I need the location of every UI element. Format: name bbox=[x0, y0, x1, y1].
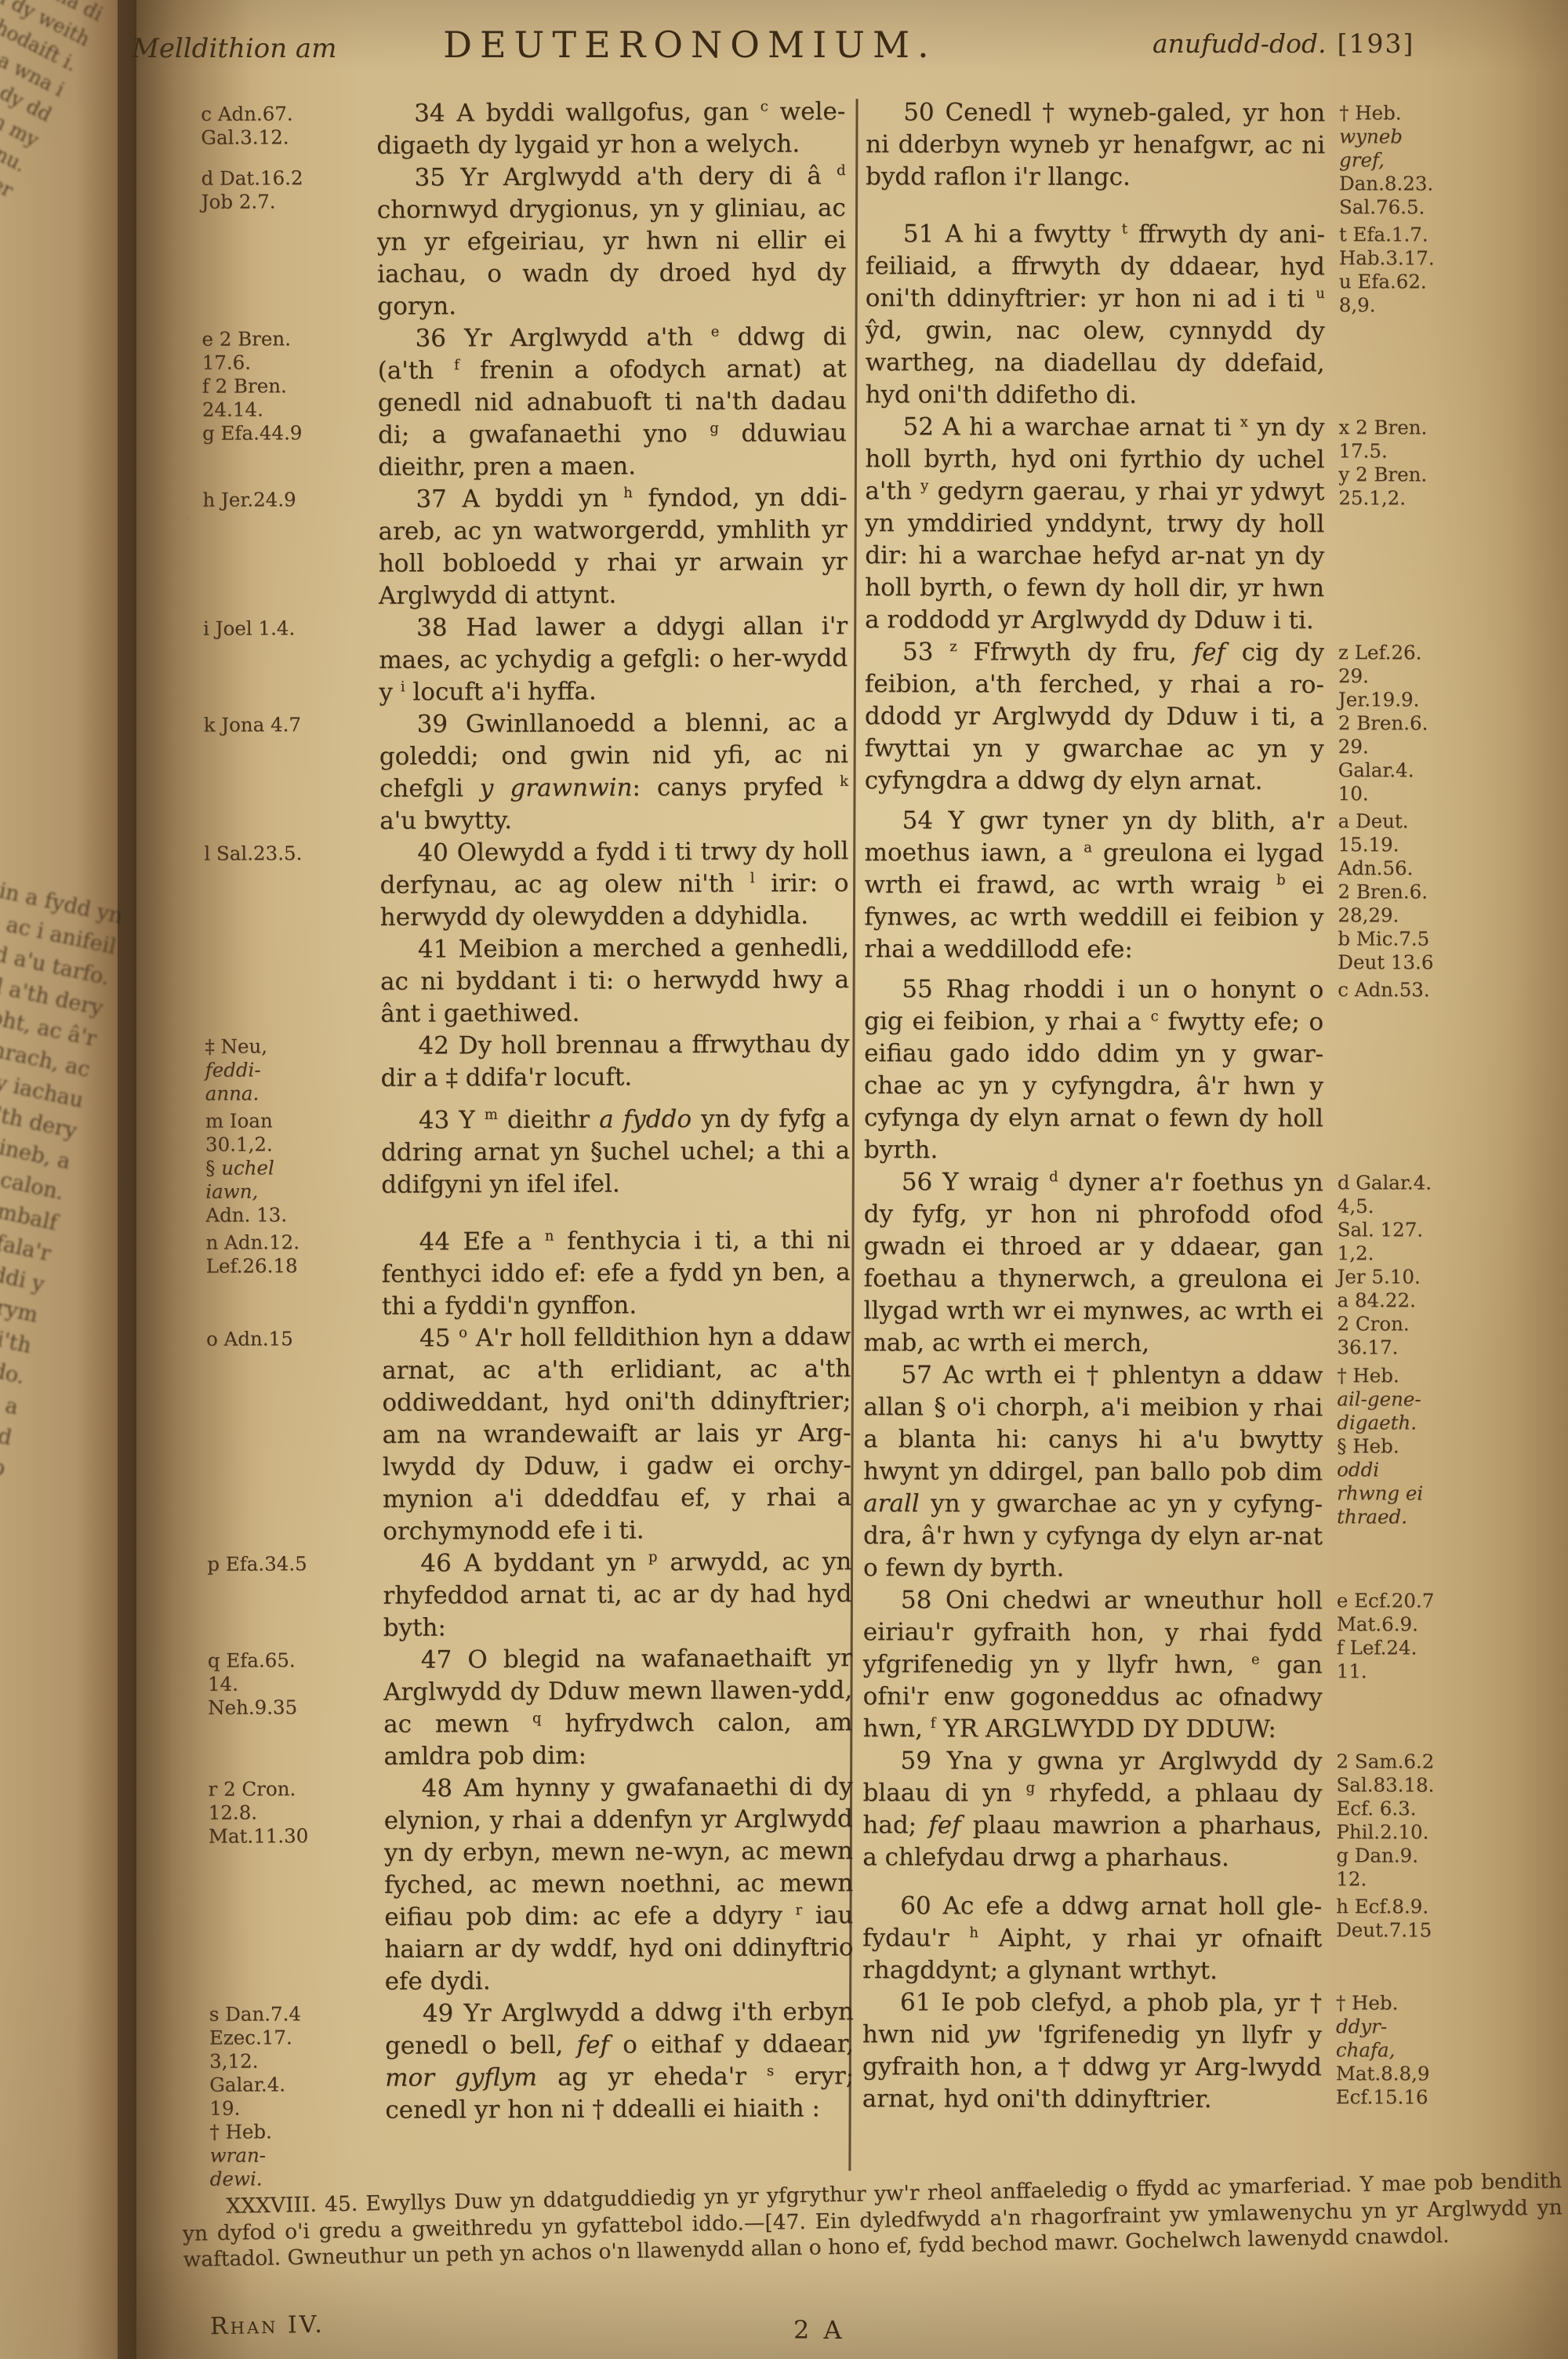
verse-row: r 2 Cron.12.8.Mat.11.30 48 Am hynny y gw… bbox=[209, 1771, 855, 1999]
verse-row: o Adn.15 45 o A'r holl felldithion hyn a… bbox=[206, 1321, 853, 1549]
margin-note: 12.8. bbox=[209, 1801, 372, 1825]
verse-row: p Efa.34.5 46 A byddant yn p arwydd, ac … bbox=[207, 1546, 854, 1645]
page-number: [193] bbox=[1338, 28, 1415, 59]
verse-text: 41 Meibion a merched a genhedli, ac ni b… bbox=[380, 932, 850, 1030]
facing-page-edge: oll y dodech dy layn yr hyn a wnelych,yn… bbox=[0, 0, 136, 2359]
verse-row: 60 Ac efe a ddwg arnat holl gle-fydau'r … bbox=[862, 1890, 1565, 1988]
margin-notes: t Efa.1.7.Hab.3.17.u Efa.62.8,9. bbox=[1325, 219, 1566, 318]
margin-note: h Jer.24.9 bbox=[202, 488, 365, 512]
margin-note: o Adn.15 bbox=[206, 1327, 369, 1351]
verse-text: 38 Had lawer a ddygi allan i'r maes, ac … bbox=[379, 610, 848, 709]
margin-note: anna. bbox=[205, 1081, 368, 1106]
margin-note: d Dat.16.2 bbox=[201, 166, 365, 191]
verse-row: 58 Oni chedwi ar wneuthur holl eiriau'r … bbox=[863, 1584, 1566, 1747]
margin-note: Mat.6.9. bbox=[1337, 1612, 1564, 1637]
verse-text: 50 Cenedl † wyneb-galed, yr hon ni dderb… bbox=[866, 96, 1325, 194]
margin-note: 11. bbox=[1337, 1659, 1564, 1684]
margin-notes: m Ioan30.1,2.§ ucheliawn,Adn. 13. bbox=[205, 1105, 382, 1227]
verse-row: 53 z Ffrwyth dy fru, fef cig dy feibion,… bbox=[865, 636, 1567, 806]
margin-note: Mat.11.30 bbox=[209, 1824, 372, 1848]
margin-note: 2 Bren.6. bbox=[1338, 711, 1566, 736]
margin-note: 36.17. bbox=[1337, 1336, 1564, 1360]
margin-note: chafa, bbox=[1336, 2038, 1563, 2063]
margin-notes: i Joel 1.4. bbox=[203, 612, 379, 641]
book-page-scan: oll y dodech dy layn yr hyn a wnelych,yn… bbox=[0, 0, 1568, 2359]
verse-row: 56 Y wraig d dyner a'r foethus yn dy fyf… bbox=[863, 1166, 1566, 1361]
margin-note: 30.1,2. bbox=[205, 1132, 368, 1157]
margin-note: 29. bbox=[1338, 664, 1566, 689]
margin-note: wyneb bbox=[1339, 125, 1566, 149]
signature-mark: 2 A bbox=[793, 2315, 845, 2345]
margin-note: Deut.7.15 bbox=[1336, 1918, 1563, 1943]
margin-note: g Dan.9. bbox=[1336, 1844, 1563, 1868]
verse-text: 39 Gwinllanoedd a blenni, ac a goleddi; … bbox=[379, 707, 849, 838]
margin-note: k Jona 4.7 bbox=[204, 713, 367, 737]
running-title-left: Melldithion am bbox=[132, 33, 336, 64]
margin-notes: d Dat.16.2Job 2.7. bbox=[201, 162, 377, 214]
margin-note: 12. bbox=[1336, 1867, 1563, 1892]
verse-text: 59 Yna y gwna yr Arglwydd dy blaau di yn… bbox=[862, 1745, 1322, 1874]
margin-note: Deut 13.6 bbox=[1338, 951, 1565, 975]
verse-row: e 2 Bren.17.6.f 2 Bren.24.14.g Efa.44.9 … bbox=[201, 321, 848, 485]
verse-row: ‡ Neu,feddi-anna. 42 Dy holl brennau a f… bbox=[205, 1028, 851, 1106]
margin-notes: e 2 Bren.17.6.f 2 Bren.24.14.g Efa.44.9 bbox=[201, 323, 378, 445]
verse-text: 34 A byddi wallgofus, gan c wele-digaeth… bbox=[376, 96, 845, 162]
margin-notes: c Adn.67.Gal.3.12. bbox=[201, 98, 376, 150]
margin-notes: d Galar.4.4,5.Sal. 127.1,2.Jer 5.10.a 84… bbox=[1323, 1167, 1564, 1360]
margin-note: h Ecf.8.9. bbox=[1336, 1895, 1563, 1919]
verse-text: 60 Ac efe a ddwg arnat holl gle-fydau'r … bbox=[862, 1890, 1322, 1987]
margin-note: 17.5. bbox=[1338, 439, 1566, 463]
margin-note: Sal.76.5. bbox=[1339, 195, 1566, 220]
verse-row: s Dan.7.4Ezec.17.3,12.Galar.4.19.† Heb.w… bbox=[209, 1996, 856, 2191]
margin-note: 29. bbox=[1338, 735, 1566, 759]
facing-page-text-lower: 26 A'th gelain a fydd yniaid y nefoedd, … bbox=[0, 831, 125, 2068]
margin-note: ddyr- bbox=[1336, 2015, 1563, 2039]
margin-notes: n Adn.12.Lef.26.18 bbox=[205, 1227, 381, 1278]
margin-notes: 2 Sam.6.2Sal.83.18.Ecf. 6.3.Phil.2.10.g … bbox=[1322, 1746, 1563, 1892]
margin-note: Dan.8.23. bbox=[1339, 172, 1566, 196]
margin-note: Adn. 13. bbox=[205, 1203, 368, 1227]
verse-text: 46 A byddant yn p arwydd, ac yn rhyfeddo… bbox=[383, 1546, 852, 1645]
margin-note: r 2 Cron. bbox=[209, 1777, 372, 1801]
margin-note: Jer.19.9. bbox=[1338, 688, 1566, 712]
margin-note: u Efa.62. bbox=[1339, 270, 1566, 294]
margin-note: Ecf. 6.3. bbox=[1336, 1797, 1563, 1821]
margin-note: 17.6. bbox=[202, 351, 365, 375]
margin-note: 14. bbox=[208, 1672, 371, 1696]
verse-text: 42 Dy holl brennau a ffrwythau dy dir a … bbox=[380, 1028, 849, 1095]
verse-row: n Adn.12.Lef.26.18 44 Efe a n fenthycia … bbox=[205, 1224, 852, 1324]
margin-note: § uchel bbox=[205, 1156, 368, 1180]
verse-row: 52 A hi a warchae arnat ti x yn dy holl … bbox=[865, 411, 1567, 638]
margin-note: digaeth. bbox=[1337, 1411, 1564, 1435]
verse-text: 35 Yr Arglwydd a'th dery di â d chornwyd… bbox=[377, 160, 847, 323]
margin-note: a 84.22. bbox=[1338, 1289, 1565, 1313]
margin-note: a Deut. bbox=[1338, 809, 1566, 834]
margin-note: ail-gene- bbox=[1337, 1387, 1564, 1412]
margin-notes bbox=[205, 934, 380, 939]
verse-row: h Jer.24.9 37 A byddi yn h fyndod, yn dd… bbox=[202, 482, 849, 613]
verse-row: k Jona 4.7 39 Gwinllanoedd a blenni, ac … bbox=[204, 707, 851, 838]
margin-note: oddi bbox=[1337, 1458, 1564, 1482]
verse-text: 36 Yr Arglwydd a'th e ddwg di (a'th f fr… bbox=[377, 321, 847, 484]
margin-note: m Ioan bbox=[205, 1109, 368, 1133]
margin-note: f 2 Bren. bbox=[202, 374, 365, 398]
verse-row: 41 Meibion a merched a genhedli, ac ni b… bbox=[205, 932, 851, 1031]
verse-row: 51 A hi a fwytty t ffrwyth dy ani-feilia… bbox=[866, 218, 1568, 413]
facing-page-text-upper: oll y dodech dy layn yr hyn a wnelych,yn… bbox=[0, 0, 133, 657]
margin-note: Ezec.17. bbox=[209, 2026, 372, 2050]
margin-note: Adn.56. bbox=[1338, 856, 1566, 881]
part-label: Rhan IV. bbox=[210, 2311, 325, 2341]
margin-note: 28,29. bbox=[1338, 903, 1565, 928]
margin-note: d Galar.4. bbox=[1338, 1171, 1565, 1195]
verse-row: 50 Cenedl † wyneb-galed, yr hon ni dderb… bbox=[866, 96, 1568, 220]
margin-note: wran- bbox=[210, 2143, 373, 2168]
margin-note: e 2 Bren. bbox=[201, 327, 365, 351]
margin-notes: h Jer.24.9 bbox=[202, 484, 378, 512]
margin-note: 8,9. bbox=[1339, 293, 1566, 318]
margin-notes: ‡ Neu,feddi-anna. bbox=[205, 1030, 380, 1106]
margin-note: † Heb. bbox=[1336, 1991, 1563, 2016]
verse-text: 61 Ie pob clefyd, a phob pla, yr † hwn n… bbox=[862, 1986, 1322, 2116]
verse-row: c Adn.67.Gal.3.12. 34 A byddi wallgofus,… bbox=[201, 96, 847, 163]
margin-note: y 2 Bren. bbox=[1338, 463, 1566, 487]
margin-notes: h Ecf.8.9.Deut.7.15 bbox=[1322, 1891, 1563, 1943]
verse-text: 37 A byddi yn h fyndod, yn ddi-areb, ac … bbox=[378, 482, 848, 612]
margin-note: 1,2. bbox=[1338, 1241, 1565, 1266]
verse-text: 51 A hi a fwytty t ffrwyth dy ani-feilia… bbox=[866, 218, 1325, 412]
margin-note: † Heb. bbox=[209, 2120, 372, 2144]
left-column: c Adn.67.Gal.3.12. 34 A byddi wallgofus,… bbox=[201, 96, 856, 2191]
margin-note: l Sal.23.5. bbox=[204, 841, 367, 866]
verse-row: 59 Yna y gwna yr Arglwydd dy blaau di yn… bbox=[862, 1745, 1565, 1892]
margin-notes: r 2 Cron.12.8.Mat.11.30 bbox=[209, 1773, 384, 1848]
verse-row: 61 Ie pob clefyd, a phob pla, yr † hwn n… bbox=[862, 1986, 1565, 2117]
margin-note: Job 2.7. bbox=[201, 190, 365, 214]
margin-note: ‡ Neu, bbox=[205, 1034, 368, 1059]
margin-note: Phil.2.10. bbox=[1336, 1820, 1563, 1845]
right-column: 50 Cenedl † wyneb-galed, yr hon ni dderb… bbox=[862, 96, 1568, 2117]
verse-text: 58 Oni chedwi ar wneuthur holl eiriau'r … bbox=[863, 1584, 1323, 1746]
margin-note: 2 Sam.6.2 bbox=[1337, 1750, 1564, 1774]
margin-note: gref, bbox=[1339, 148, 1566, 173]
margin-note: † Heb. bbox=[1339, 101, 1566, 125]
verse-text: 55 Rhag rhoddi i un o honynt o gig ei fe… bbox=[864, 973, 1323, 1167]
margin-notes: † Heb.wynebgref,Dan.8.23.Sal.76.5. bbox=[1325, 97, 1566, 220]
verse-text: 57 Ac wrth ei † phlentyn a ddaw allan § … bbox=[863, 1359, 1323, 1585]
verse-row: m Ioan30.1,2.§ ucheliawn,Adn. 13. 43 Y m… bbox=[205, 1103, 852, 1227]
margin-notes: x 2 Bren.17.5.y 2 Bren.25.1,2. bbox=[1324, 412, 1566, 511]
verse-text: 43 Y m dieithr a fyddo yn dy fyfg a ddri… bbox=[381, 1103, 851, 1201]
margin-note: Sal.83.18. bbox=[1336, 1773, 1563, 1797]
margin-note: Hab.3.17. bbox=[1339, 246, 1566, 271]
margin-note: Galar.4. bbox=[209, 2073, 372, 2097]
margin-notes: c Adn.53. bbox=[1323, 974, 1565, 1002]
margin-note: z Lef.26. bbox=[1338, 641, 1566, 665]
margin-notes: e Ecf.20.7Mat.6.9.f Lef.24.11. bbox=[1323, 1585, 1564, 1684]
margin-notes: o Adn.15 bbox=[206, 1323, 382, 1351]
margin-note: p Efa.34.5 bbox=[207, 1552, 370, 1576]
margin-note: Jer 5.10. bbox=[1338, 1265, 1565, 1289]
margin-note: 2 Cron. bbox=[1337, 1312, 1564, 1336]
verse-text: 47 O blegid na wafanaethaift yr Arglwydd… bbox=[383, 1642, 853, 1773]
margin-notes: q Efa.65.14.Neh.9.35 bbox=[208, 1645, 383, 1720]
margin-note: 2 Bren.6. bbox=[1338, 880, 1565, 904]
verse-text: 44 Efe a n fenthycia i ti, a thi ni fent… bbox=[381, 1224, 851, 1323]
margin-note: g Efa.44.9 bbox=[202, 421, 365, 445]
verse-text: 52 A hi a warchae arnat ti x yn dy holl … bbox=[865, 411, 1325, 637]
margin-note: 19. bbox=[209, 2096, 372, 2121]
verse-text: 53 z Ffrwyth dy fru, fef cig dy feibion,… bbox=[865, 636, 1324, 798]
margin-note: f Lef.24. bbox=[1337, 1636, 1564, 1660]
margin-note: Ecf.15.16 bbox=[1336, 2085, 1563, 2110]
verse-text: 48 Am hynny y gwafanaethi di dy elynion,… bbox=[384, 1771, 854, 1998]
margin-note: 4,5. bbox=[1338, 1194, 1565, 1219]
margin-note: 3,12. bbox=[209, 2049, 372, 2074]
margin-note: thraed. bbox=[1337, 1505, 1564, 1529]
verse-text: 49 Yr Arglwydd a ddwg i'th erbyn genedl … bbox=[385, 1996, 855, 2127]
margin-note: n Adn.12. bbox=[205, 1230, 368, 1255]
margin-notes: k Jona 4.7 bbox=[204, 709, 379, 737]
verse-row: q Efa.65.14.Neh.9.35 47 O blegid na wafa… bbox=[208, 1642, 855, 1774]
margin-notes: † Heb.ail-gene-digaeth.§ Heb.oddirhwng e… bbox=[1323, 1360, 1564, 1529]
running-title-right-text: anufudd-dod. bbox=[1152, 28, 1327, 59]
verse-text: 56 Y wraig d dyner a'r foethus yn dy fyf… bbox=[863, 1166, 1323, 1360]
verse-row: d Dat.16.2Job 2.7. 35 Yr Arglwydd a'th d… bbox=[201, 160, 848, 324]
margin-note: feddi- bbox=[205, 1058, 368, 1082]
margin-note: 25.1,2. bbox=[1338, 486, 1566, 511]
page-title: DEUTERONOMIUM. bbox=[408, 24, 972, 66]
margin-notes: † Heb.ddyr-chafa,Mat.8.8,9Ecf.15.16 bbox=[1322, 1987, 1563, 2110]
margin-note: 15.19. bbox=[1338, 833, 1566, 857]
margin-note: t Efa.1.7. bbox=[1339, 223, 1566, 247]
margin-note: Sal. 127. bbox=[1338, 1218, 1565, 1242]
margin-note: dewi. bbox=[210, 2167, 373, 2191]
margin-note: s Dan.7.4 bbox=[209, 2002, 372, 2026]
verse-row: 55 Rhag rhoddi i un o honynt o gig ei fe… bbox=[864, 973, 1566, 1168]
margin-note: § Heb. bbox=[1337, 1434, 1564, 1459]
margin-note: Gal.3.12. bbox=[201, 125, 364, 150]
margin-note: Neh.9.35 bbox=[208, 1696, 371, 1720]
margin-note: Lef.26.18 bbox=[206, 1254, 369, 1278]
verse-row: 54 Y gwr tyner yn dy blith, a'r moethus … bbox=[864, 805, 1566, 975]
margin-notes: l Sal.23.5. bbox=[204, 838, 379, 866]
margin-note: Galar.4. bbox=[1338, 758, 1566, 783]
margin-note: i Joel 1.4. bbox=[203, 616, 366, 641]
margin-notes: s Dan.7.4Ezec.17.3,12.Galar.4.19.† Heb.w… bbox=[209, 1998, 386, 2191]
running-title-right: anufudd-dod.[193] bbox=[1152, 28, 1414, 59]
margin-note: e Ecf.20.7 bbox=[1337, 1589, 1564, 1613]
margin-note: 10. bbox=[1338, 782, 1566, 806]
margin-note: b Mic.7.5 bbox=[1338, 927, 1565, 951]
margin-note: † Heb. bbox=[1337, 1364, 1564, 1388]
verse-text: 54 Y gwr tyner yn dy blith, a'r moethus … bbox=[864, 805, 1323, 966]
margin-note: 24.14. bbox=[202, 398, 365, 422]
margin-note: c Adn.67. bbox=[201, 102, 364, 126]
margin-note: c Adn.53. bbox=[1338, 978, 1565, 1002]
verse-text: 45 o A'r holl felldithion hyn a ddaw arn… bbox=[382, 1321, 851, 1548]
margin-note: Mat.8.8,9 bbox=[1336, 2062, 1563, 2086]
margin-notes: p Efa.34.5 bbox=[207, 1548, 383, 1576]
margin-notes: a Deut.15.19.Adn.56.2 Bren.6.28,29.b Mic… bbox=[1323, 805, 1565, 975]
verse-row: i Joel 1.4. 38 Had lawer a ddygi allan i… bbox=[203, 610, 850, 710]
verse-text: 40 Olewydd a fydd i ti trwy dy holl derf… bbox=[379, 835, 849, 934]
margin-note: iawn, bbox=[205, 1179, 368, 1204]
margin-note: rhwng ei bbox=[1337, 1481, 1564, 1506]
margin-note: x 2 Bren. bbox=[1338, 416, 1566, 440]
margin-notes: z Lef.26.29.Jer.19.9.2 Bren.6.29.Galar.4… bbox=[1324, 637, 1566, 806]
verse-row: 57 Ac wrth ei † phlentyn a ddaw allan § … bbox=[863, 1359, 1566, 1586]
verse-row: l Sal.23.5. 40 Olewydd a fydd i ti trwy … bbox=[204, 835, 851, 935]
margin-note: q Efa.65. bbox=[208, 1648, 371, 1673]
